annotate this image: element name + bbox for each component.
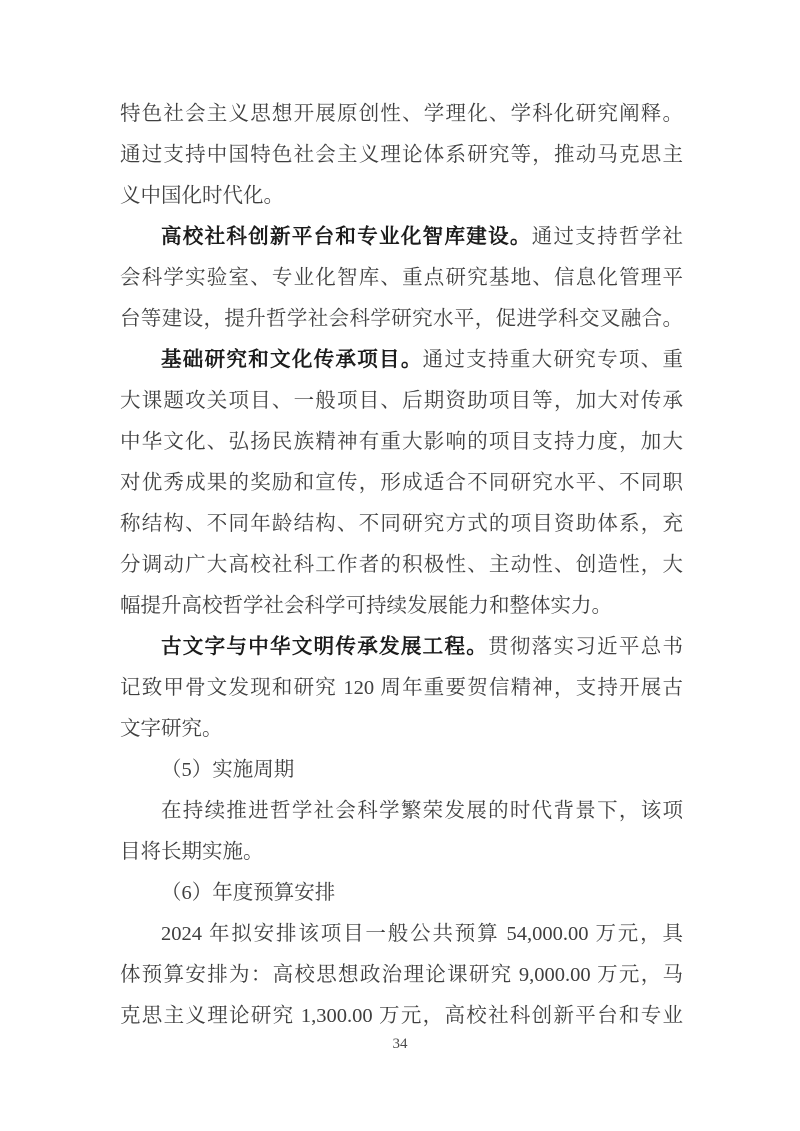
text-line: 2024 年拟安排该项目一般公共预算 54,000.00 万元，具 (120, 914, 683, 955)
bold-heading-run: 古文字与中华文明传承发展工程。 (161, 636, 488, 658)
text-line: 文字研究。 (120, 709, 683, 750)
text-run: 在持续推进哲学社会科学繁荣发展的时代背景下，该项 (161, 800, 683, 822)
text-line: 称结构、不同年龄结构、不同研究方式的项目资助体系，充 (120, 504, 683, 545)
text-run: 对优秀成果的奖励和宣传，形成适合不同研究水平、不同职 (120, 472, 683, 494)
text-line: 对优秀成果的奖励和宣传，形成适合不同研究水平、不同职 (120, 463, 683, 504)
text-line: 分调动广大高校社科工作者的积极性、主动性、创造性，大 (120, 545, 683, 586)
text-line: 通过支持中国特色社会主义理论体系研究等，推动马克思主 (120, 135, 683, 176)
text-line: 体预算安排为：高校思想政治理论课研究 9,000.00 万元，马 (120, 955, 683, 996)
text-line: （5）实施周期 (120, 750, 683, 791)
text-line: （6）年度预算安排 (120, 873, 683, 914)
text-run: 记致甲骨文发现和研究 120 周年重要贺信精神，支持开展古 (120, 677, 683, 699)
text-line: 义中国化时代化。 (120, 176, 683, 217)
text-run: 贯彻落实习近平总书 (488, 636, 683, 658)
text-line: 大课题攻关项目、一般项目、后期资助项目等，加大对传承 (120, 381, 683, 422)
text-run: 通过支持哲学社 (532, 226, 683, 248)
text-run: 称结构、不同年龄结构、不同研究方式的项目资助体系，充 (120, 513, 683, 535)
text-run: 通过支持重大研究专项、重 (423, 349, 683, 371)
page-number: 34 (0, 1032, 800, 1056)
text-line: 目将长期实施。 (120, 832, 683, 873)
text-run: 2024 年拟安排该项目一般公共预算 54,000.00 万元，具 (161, 923, 683, 945)
text-run: 目将长期实施。 (120, 841, 264, 863)
text-line: 克思主义理论研究 1,300.00 万元，高校社科创新平台和专业 (120, 996, 683, 1037)
text-run: 幅提升高校哲学社会科学可持续发展能力和整体实力。 (120, 595, 612, 617)
text-line: 在持续推进哲学社会科学繁荣发展的时代背景下，该项 (120, 791, 683, 832)
text-line: 中华文化、弘扬民族精神有重大影响的项目支持力度，加大 (120, 422, 683, 463)
text-run: 义中国化时代化。 (120, 185, 284, 207)
bold-heading-run: 基础研究和文化传承项目。 (161, 349, 423, 371)
text-run: 体预算安排为：高校思想政治理论课研究 9,000.00 万元，马 (120, 964, 683, 986)
document-page: 特色社会主义思想开展原创性、学理化、学科化研究阐释。通过支持中国特色社会主义理论… (0, 0, 800, 1131)
text-run: 通过支持中国特色社会主义理论体系研究等，推动马克思主 (120, 144, 683, 166)
text-line: 古文字与中华文明传承发展工程。贯彻落实习近平总书 (120, 627, 683, 668)
text-run: （6）年度预算安排 (161, 882, 335, 904)
text-line: 高校社科创新平台和专业化智库建设。通过支持哲学社 (120, 217, 683, 258)
text-run: 会科学实验室、专业化智库、重点研究基地、信息化管理平 (120, 267, 683, 289)
text-run: 大课题攻关项目、一般项目、后期资助项目等，加大对传承 (120, 390, 683, 412)
text-line: 基础研究和文化传承项目。通过支持重大研究专项、重 (120, 340, 683, 381)
text-run: 台等建设，提升哲学社会科学研究水平，促进学科交叉融合。 (120, 308, 683, 330)
text-run: 分调动广大高校社科工作者的积极性、主动性、创造性，大 (120, 554, 683, 576)
text-line: 记致甲骨文发现和研究 120 周年重要贺信精神，支持开展古 (120, 668, 683, 709)
text-run: 中华文化、弘扬民族精神有重大影响的项目支持力度，加大 (120, 431, 683, 453)
text-run: （5）实施周期 (161, 759, 294, 781)
text-run: 文字研究。 (120, 718, 223, 740)
document-body: 特色社会主义思想开展原创性、学理化、学科化研究阐释。通过支持中国特色社会主义理论… (120, 94, 683, 1037)
text-line: 台等建设，提升哲学社会科学研究水平，促进学科交叉融合。 (120, 299, 683, 340)
text-run: 克思主义理论研究 1,300.00 万元，高校社科创新平台和专业 (120, 1005, 683, 1027)
bold-heading-run: 高校社科创新平台和专业化智库建设。 (161, 226, 532, 248)
text-run: 特色社会主义思想开展原创性、学理化、学科化研究阐释。 (120, 103, 683, 125)
text-line: 会科学实验室、专业化智库、重点研究基地、信息化管理平 (120, 258, 683, 299)
text-line: 特色社会主义思想开展原创性、学理化、学科化研究阐释。 (120, 94, 683, 135)
text-line: 幅提升高校哲学社会科学可持续发展能力和整体实力。 (120, 586, 683, 627)
